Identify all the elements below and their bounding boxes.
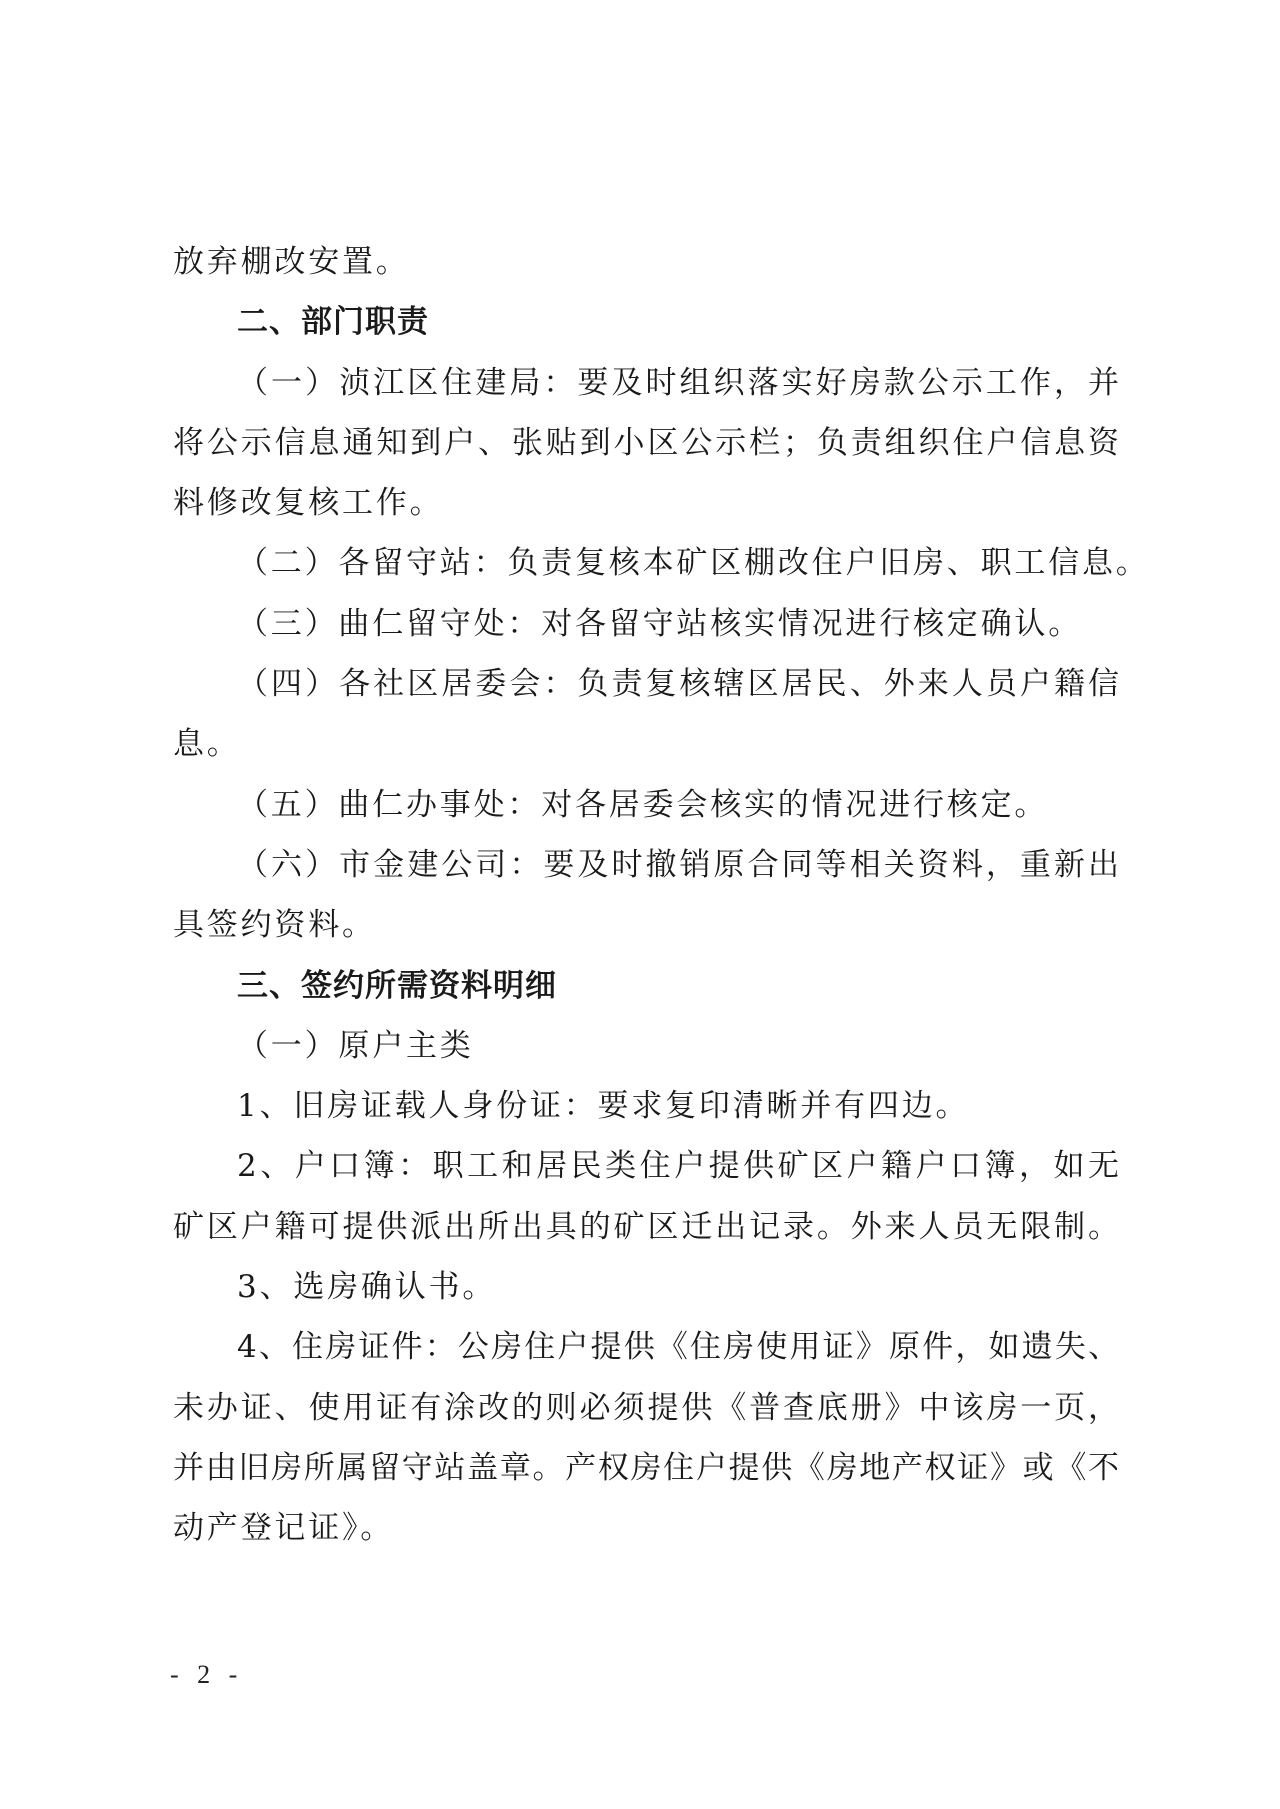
paragraph-line: 并由旧房所属留守站盖章。产权房住户提供《房地产权证》或《不	[173, 1438, 1119, 1498]
document-body: 放弃棚改安置。 二、部门职责 （一）浈江区住建局：要及时组织落实好房款公示工作，…	[173, 232, 1119, 1559]
paragraph-line: 息。	[173, 714, 1119, 774]
document-page: 放弃棚改安置。 二、部门职责 （一）浈江区住建局：要及时组织落实好房款公示工作，…	[0, 0, 1280, 1809]
subsection-heading: （一）原户主类	[173, 1016, 1119, 1076]
paragraph-continuation: 放弃棚改安置。	[173, 232, 1119, 292]
section-heading-department-duties: 二、部门职责	[173, 292, 1119, 352]
paragraph-line: （二）各留守站：负责复核本矿区棚改住户旧房、职工信息。	[173, 533, 1119, 593]
list-item: 4、住房证件：公房住户提供《住房使用证》原件，如遗失、	[173, 1317, 1119, 1377]
paragraph-line: （一）浈江区住建局：要及时组织落实好房款公示工作，并	[173, 353, 1119, 413]
paragraph-line: 矿区户籍可提供派出所出具的矿区迁出记录。外来人员无限制。	[173, 1197, 1119, 1257]
section-heading-required-materials: 三、签约所需资料明细	[173, 956, 1119, 1016]
paragraph-line: 将公示信息通知到户、张贴到小区公示栏；负责组织住户信息资	[173, 413, 1119, 473]
paragraph-line: 未办证、使用证有涂改的则必须提供《普查底册》中该房一页，	[173, 1378, 1119, 1438]
paragraph-line: （三）曲仁留守处：对各留守站核实情况进行核定确认。	[173, 594, 1119, 654]
paragraph-line: （五）曲仁办事处：对各居委会核实的情况进行核定。	[173, 775, 1119, 835]
paragraph-line: 具签约资料。	[173, 895, 1119, 955]
page-number: - 2 -	[170, 1660, 243, 1690]
paragraph-line: 料修改复核工作。	[173, 473, 1119, 533]
paragraph-line: 动产登记证》。	[173, 1498, 1119, 1558]
paragraph-line: （四）各社区居委会：负责复核辖区居民、外来人员户籍信	[173, 654, 1119, 714]
list-item: 1、旧房证载人身份证：要求复印清晰并有四边。	[173, 1076, 1119, 1136]
list-item: 3、选房确认书。	[173, 1257, 1119, 1317]
paragraph-line: （六）市金建公司：要及时撤销原合同等相关资料，重新出	[173, 835, 1119, 895]
list-item: 2、户口簿：职工和居民类住户提供矿区户籍户口簿，如无	[173, 1136, 1119, 1196]
